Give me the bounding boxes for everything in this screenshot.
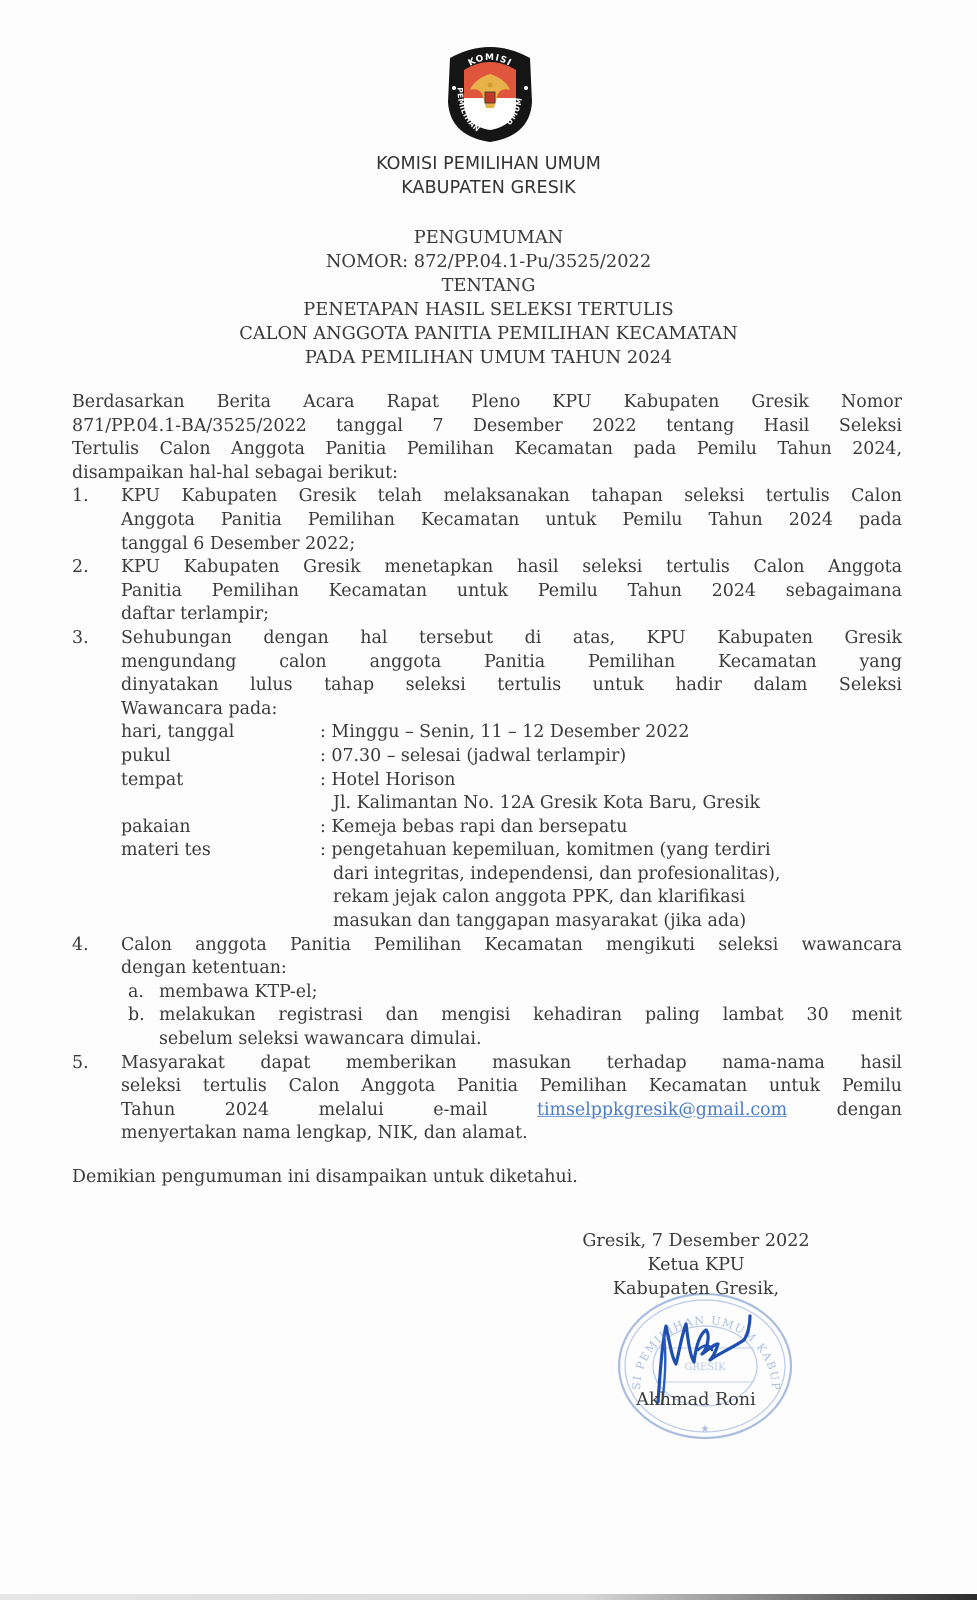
signer-name: Akhmad Roni — [560, 1390, 832, 1410]
scan-edge — [0, 1594, 977, 1600]
detail-row: pakaian : Kemeja bebas rapi dan bersepat… — [121, 816, 902, 840]
detail-row: tempat : Hotel Horison Jl. Kalimantan No… — [121, 769, 902, 816]
document-page: KOMISI PEMILIHAN UMUM KOMISI PEMILIHAN U… — [0, 0, 977, 1600]
list-item: 5. Masyarakat dapat memberikan masukan t… — [72, 1052, 902, 1146]
title-subject-2: CALON ANGGOTA PANITIA PEMILIHAN KECAMATA… — [0, 322, 977, 346]
announcement-body: Berdasarkan Berita Acara Rapat Pleno KPU… — [72, 391, 902, 1146]
signer-office: Kabupaten Gresik, — [560, 1277, 832, 1301]
signer-position: Ketua KPU — [560, 1253, 832, 1277]
announcement-title: PENGUMUMAN NOMOR: 872/PP.04.1-Pu/3525/20… — [0, 226, 977, 370]
detail-row: pukul : 07.30 – selesai (jadwal terlampi… — [121, 745, 902, 769]
sub-item: a. membawa KTP-el; — [121, 981, 902, 1005]
intro-paragraph: Berdasarkan Berita Acara Rapat Pleno KPU… — [72, 391, 902, 485]
place-date: Gresik, 7 Desember 2022 — [560, 1229, 832, 1253]
svg-text:★: ★ — [701, 1424, 710, 1435]
list-item: 4. Calon anggota Panitia Pemilihan Kecam… — [72, 934, 902, 1052]
title-subject-1: PENETAPAN HASIL SELEKSI TERTULIS — [0, 298, 977, 322]
kpu-logo-icon: KOMISI PEMILIHAN UMUM — [444, 40, 536, 144]
detail-row: materi tes : pengetahuan kepemiluan, kom… — [121, 839, 902, 933]
list-item: 1. KPU Kabupaten Gresik telah melaksanak… — [72, 485, 902, 556]
org-name: KOMISI PEMILIHAN UMUM — [0, 154, 977, 174]
list-item: 3. Sehubungan dengan hal tersebut di ata… — [72, 627, 902, 934]
title-number: NOMOR: 872/PP.04.1-Pu/3525/2022 — [0, 250, 977, 274]
org-region: KABUPATEN GRESIK — [0, 178, 977, 198]
title-about: TENTANG — [0, 274, 977, 298]
signature-block: Gresik, 7 Desember 2022 Ketua KPU Kabupa… — [560, 1229, 832, 1301]
email-link[interactable]: timselppkgresik@gmail.com — [537, 1100, 787, 1120]
title-heading: PENGUMUMAN — [0, 226, 977, 250]
closing-statement: Demikian pengumuman ini disampaikan untu… — [72, 1167, 578, 1187]
list-item: 2. KPU Kabupaten Gresik menetapkan hasil… — [72, 556, 902, 627]
sub-item: b. melakukan registrasi dan mengisi keha… — [121, 1004, 902, 1051]
title-subject-3: PADA PEMILIHAN UMUM TAHUN 2024 — [0, 346, 977, 370]
detail-row: hari, tanggal : Minggu – Senin, 11 – 12 … — [121, 721, 902, 745]
